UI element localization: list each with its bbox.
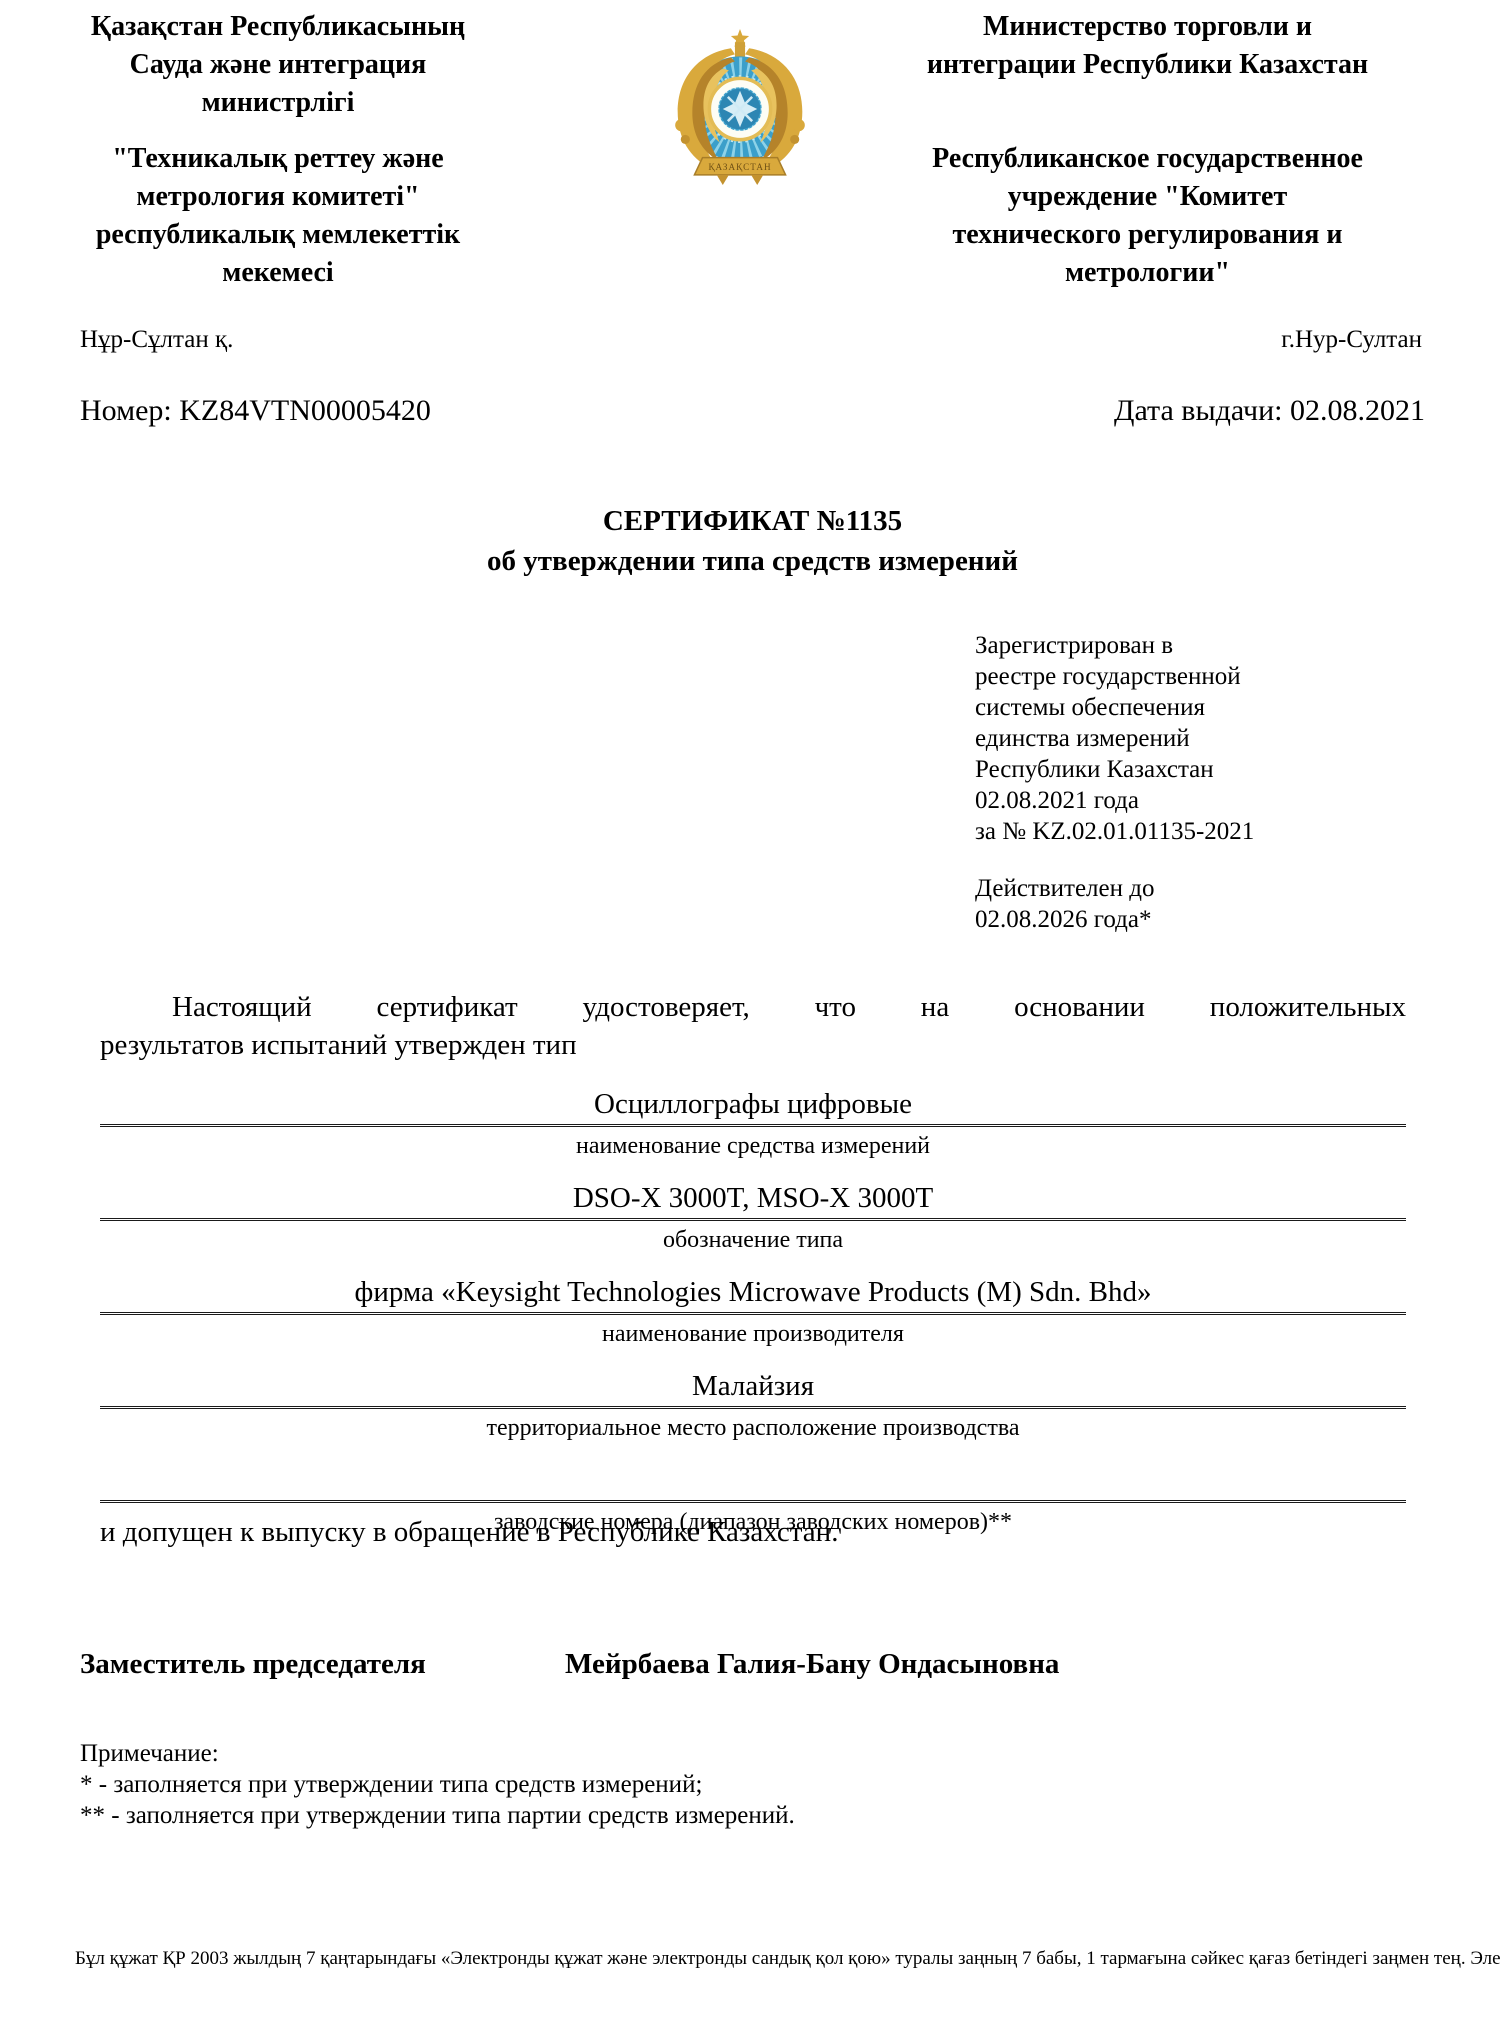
committee-kk-line: республикалық мемлекеттік — [78, 216, 478, 254]
footer-legal-text: Бұл құжат ҚР 2003 жылдың 7 қаңтарындағы … — [75, 1948, 1500, 1970]
registration-line: Республики Казахстан — [975, 754, 1254, 785]
registration-line: реестре государственной — [975, 661, 1254, 692]
form-fields: Осциллографы цифровые наименование средс… — [100, 1085, 1406, 1555]
issue-date: Дата выдачи: 02.08.2021 — [1114, 394, 1425, 428]
field-caption: обозначение типа — [100, 1221, 1406, 1253]
field-value — [100, 1461, 1406, 1499]
field-production-location: Малайзия территориальное место расположе… — [100, 1367, 1406, 1441]
ministry-kk-line: министрлігі — [78, 84, 478, 122]
number-label: Номер: — [80, 394, 172, 427]
kazakhstan-coat-of-arms-icon: ҚАЗАҚСТАН — [664, 28, 816, 186]
statement-paragraph: Настоящий сертификат удостоверяет, что н… — [100, 988, 1406, 1064]
registration-block: Зарегистрирован в реестре государственно… — [975, 630, 1254, 935]
certificate-number: Номер: KZ84VTN00005420 — [80, 394, 431, 428]
statement-line: результатов испытаний утвержден тип — [100, 1026, 1406, 1064]
valid-until-line: 02.08.2026 года* — [975, 904, 1254, 935]
number-value: KZ84VTN00005420 — [179, 394, 431, 427]
registration-line: 02.08.2021 года — [975, 785, 1254, 816]
ministry-kk-line: Сауда және интеграция — [78, 46, 478, 84]
city-kk: Нұр-Сұлтан қ. — [80, 326, 233, 354]
field-type-designation: DSO-X 3000T, MSO-X 3000T обозначение тип… — [100, 1179, 1406, 1253]
signatory-name: Мейрбаева Галия-Бану Ондасыновна — [565, 1648, 1059, 1681]
field-caption: наименование средства измерений — [100, 1127, 1406, 1159]
field-instrument-name: Осциллографы цифровые наименование средс… — [100, 1085, 1406, 1159]
field-value: Малайзия — [100, 1367, 1406, 1405]
field-caption: территориальное место расположение произ… — [100, 1409, 1406, 1441]
field-caption: наименование производителя — [100, 1315, 1406, 1347]
registration-line: системы обеспечения — [975, 692, 1254, 723]
ministry-ru-line: интеграции Республики Казахстан — [855, 46, 1440, 84]
certificate-page: Қазақстан Республикасының Сауда және инт… — [0, 0, 1500, 2036]
committee-kk-line: метрология комитеті" — [78, 178, 478, 216]
admission-statement: и допущен к выпуску в обращение в Респуб… — [100, 1516, 838, 1549]
registration-line: Зарегистрирован в — [975, 630, 1254, 661]
ministry-kk-line: Қазақстан Республикасының — [78, 8, 478, 46]
committee-kk-line: мекемесі — [78, 254, 478, 292]
ministry-ru-line: Министерство торговли и — [855, 8, 1440, 46]
field-value: Осциллографы цифровые — [100, 1085, 1406, 1123]
note-item: ** - заполняется при утверждении типа па… — [80, 1800, 795, 1831]
registration-line: за № KZ.02.01.01135-2021 — [975, 816, 1254, 847]
notes-title: Примечание: — [80, 1738, 795, 1769]
notes-block: Примечание: * - заполняется при утвержде… — [80, 1738, 795, 1831]
ministry-name-ru: Министерство торговли и интеграции Респу… — [855, 8, 1440, 292]
committee-ru-line: Республиканское государственное — [855, 140, 1440, 178]
certificate-title-line2: об утверждении типа средств измерений — [100, 541, 1405, 581]
committee-ru-line: технического регулирования и — [855, 216, 1440, 254]
field-value: фирма «Keysight Technologies Microwave P… — [100, 1273, 1406, 1311]
signature-row: Заместитель председателя Мейрбаева Галия… — [0, 1648, 1500, 1688]
valid-until-line: Действителен до — [975, 873, 1254, 904]
number-row: Номер: KZ84VTN00005420 Дата выдачи: 02.0… — [80, 394, 1425, 428]
issue-date-value: 02.08.2021 — [1290, 394, 1425, 427]
note-item: * - заполняется при утверждении типа сре… — [80, 1769, 795, 1800]
emblem-banner-text: ҚАЗАҚСТАН — [708, 162, 771, 172]
field-manufacturer: фирма «Keysight Technologies Microwave P… — [100, 1273, 1406, 1347]
city-ru: г.Нур-Султан — [1281, 326, 1422, 354]
certificate-title: СЕРТИФИКАТ №1135 об утверждении типа сре… — [100, 501, 1405, 581]
registration-line: единства измерений — [975, 723, 1254, 754]
committee-kk-line: "Техникалық реттеу және — [78, 140, 478, 178]
certificate-title-line1: СЕРТИФИКАТ №1135 — [100, 501, 1405, 541]
field-value: DSO-X 3000T, MSO-X 3000T — [100, 1179, 1406, 1217]
statement-line: Настоящий сертификат удостоверяет, что н… — [100, 988, 1406, 1026]
city-row: Нұр-Сұлтан қ. г.Нур-Султан — [80, 326, 1422, 354]
ministry-name-kk: Қазақстан Республикасының Сауда және инт… — [78, 8, 478, 292]
signatory-position: Заместитель председателя — [80, 1648, 426, 1681]
committee-ru-line: учреждение "Комитет — [855, 178, 1440, 216]
committee-ru-line: метрологии" — [855, 254, 1440, 292]
issue-date-label: Дата выдачи: — [1114, 394, 1282, 427]
